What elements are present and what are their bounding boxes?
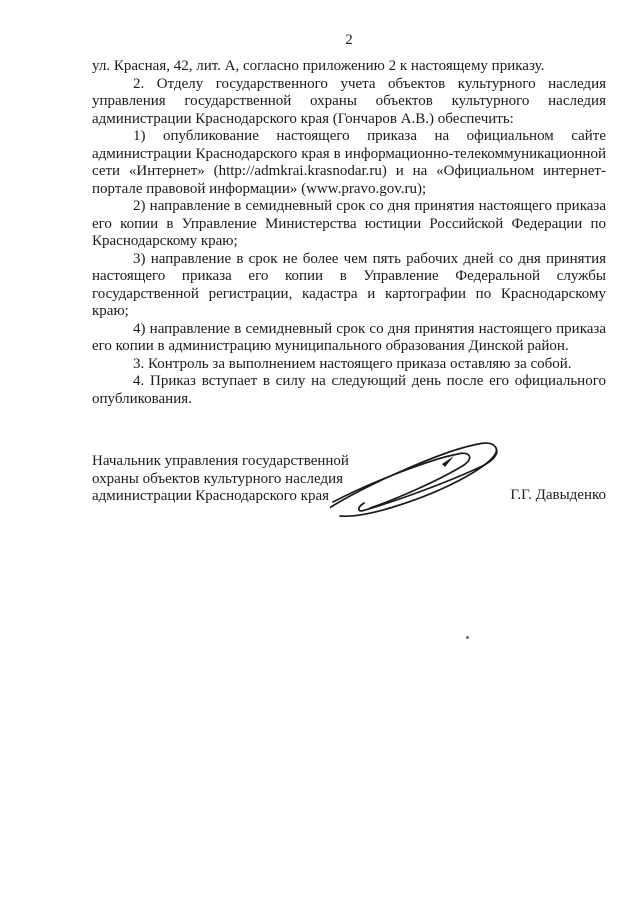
text-line: настоящего приказа его копии в Управлени… (92, 268, 606, 286)
text-line: 2) направление в семидневный срок со дня… (92, 198, 606, 216)
text-line: 3) направление в срок не более чем пять … (92, 251, 606, 269)
paragraph: 3. Контроль за выполнением настоящего пр… (92, 356, 606, 374)
page-number: 2 (92, 32, 606, 49)
text-line: 4. Приказ вступает в силу на следующий д… (92, 373, 606, 391)
text-line: 3. Контроль за выполнением настоящего пр… (92, 356, 606, 374)
text-line: администрации Краснодарского края (Гонча… (92, 111, 606, 129)
paragraph: 4) направление в семидневный срок со дня… (92, 321, 606, 356)
signature-block: Начальник управления государственнойохра… (92, 450, 606, 545)
text-line: администрации Краснодарского края в инфо… (92, 146, 606, 164)
text-line: сети «Интернет» (http://admkrai.krasnoda… (92, 163, 606, 181)
paragraph: 2) направление в семидневный срок со дня… (92, 198, 606, 251)
text-line: его копии в Управление Министерства юсти… (92, 216, 606, 234)
document-body: ул. Красная, 42, лит. А, согласно прилож… (92, 58, 606, 408)
text-line: его копии в администрацию муниципального… (92, 338, 606, 356)
text-line: Краснодарскому краю; (92, 233, 606, 251)
text-line: 2. Отделу государственного учета объекто… (92, 76, 606, 94)
text-line: опубликования. (92, 391, 606, 409)
paragraph: 2. Отделу государственного учета объекто… (92, 76, 606, 129)
signatory-name: Г.Г. Давыденко (510, 487, 606, 504)
text-line: 1) опубликование настоящего приказа на о… (92, 128, 606, 146)
text-line: управления государственной охраны объект… (92, 93, 606, 111)
text-line: краю; (92, 303, 606, 321)
text-line: портале правовой информации» (www.pravo.… (92, 181, 606, 199)
paragraph: ул. Красная, 42, лит. А, согласно прилож… (92, 58, 606, 76)
paragraph: 4. Приказ вступает в силу на следующий д… (92, 373, 606, 408)
text-line: 4) направление в семидневный срок со дня… (92, 321, 606, 339)
signature-icon (330, 438, 515, 518)
paragraph: 3) направление в срок не более чем пять … (92, 251, 606, 321)
text-line: государственной регистрации, кадастра и … (92, 286, 606, 304)
document-page: 2 ул. Красная, 42, лит. А, согласно прил… (0, 0, 639, 905)
paragraph: 1) опубликование настоящего приказа на о… (92, 128, 606, 198)
text-line: ул. Красная, 42, лит. А, согласно прилож… (92, 58, 606, 76)
scan-speck (466, 636, 469, 639)
